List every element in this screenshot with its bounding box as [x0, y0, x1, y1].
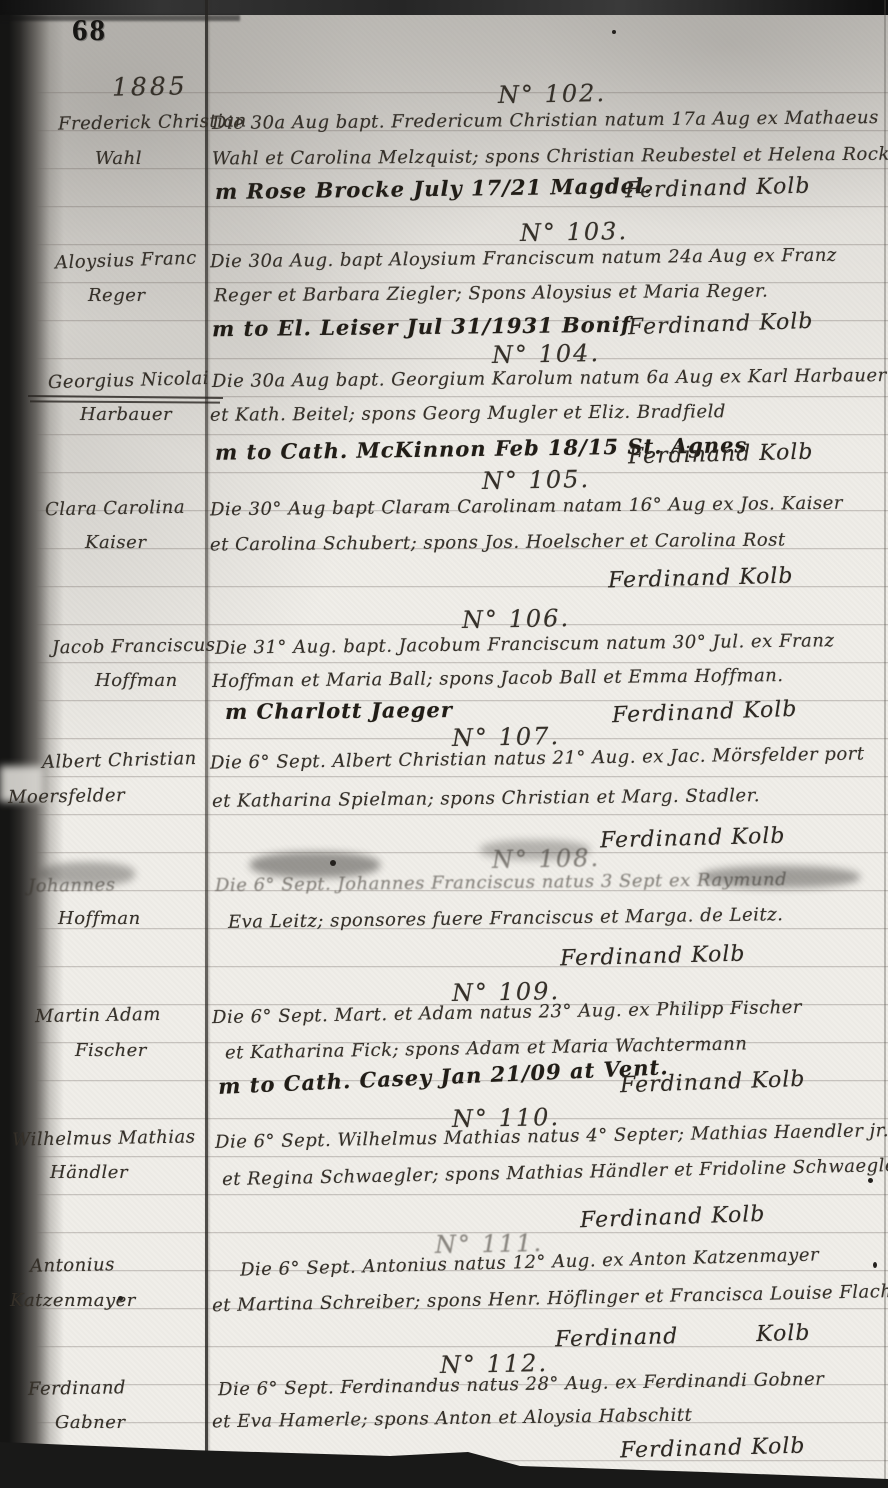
- ink-smudge: [480, 840, 590, 860]
- top-edge-shadow-smear: [0, 15, 240, 21]
- entry-text-line: et Kath. Beitel; spons Georg Mugler et E…: [210, 401, 726, 426]
- child-surname: Reger: [88, 285, 145, 306]
- child-name: Georgius Nicolai: [48, 368, 209, 393]
- priest-signature: Ferdinand Kolb: [560, 942, 746, 972]
- ink-smudge: [700, 866, 860, 888]
- child-surname: Moersfelder: [8, 785, 125, 808]
- marriage-annotation: m Charlott Jaeger: [225, 697, 453, 724]
- ink-smudge: [40, 862, 135, 886]
- year-label: 1885: [112, 71, 188, 101]
- entry-number: N° 102.: [498, 79, 607, 109]
- priest-signature: Ferdinand Kolb: [628, 440, 814, 470]
- speck: [330, 860, 336, 866]
- child-name: Martin Adam: [35, 1004, 161, 1027]
- child-surname: Harbauer: [80, 404, 172, 425]
- page-number: 68: [72, 12, 107, 48]
- child-name: Ferdinand: [28, 1377, 126, 1400]
- child-surname: Fischer: [75, 1040, 147, 1061]
- child-surname: Kaiser: [85, 532, 146, 553]
- speck: [612, 30, 616, 34]
- entry-number: N° 105.: [482, 465, 591, 495]
- column-divider: [205, 0, 208, 1464]
- page-edge-line: [884, 0, 886, 1488]
- priest-signature: Ferdinand Kolb: [620, 1434, 806, 1464]
- scanned-register-page: { "page": { "number": "68", "year": "188…: [0, 0, 888, 1488]
- child-surname: Wahl: [95, 148, 142, 169]
- child-surname: Gabner: [55, 1412, 125, 1433]
- child-name: Clara Carolina: [45, 497, 185, 520]
- entry-number: N° 104.: [492, 339, 601, 369]
- speck: [873, 1262, 877, 1268]
- entry-number: N° 106.: [462, 604, 571, 634]
- ink-smudge: [250, 852, 380, 878]
- speck: [118, 1296, 123, 1301]
- marriage-annotation: m to El. Leiser Jul 31/1931 Bonif: [212, 312, 631, 341]
- child-name: Antonius: [30, 1254, 115, 1276]
- child-surname: Hoffman: [58, 908, 141, 929]
- priest-signature: Ferdinand Kolb: [600, 824, 786, 854]
- priest-signature: Ferdinand Kolb: [625, 174, 811, 204]
- child-surname: Katzenmayer: [10, 1290, 136, 1311]
- top-edge-shadow: [0, 0, 888, 15]
- child-name: Wilhelmus Mathias: [12, 1126, 196, 1150]
- priest-signature: Ferdinand Kolb: [608, 564, 794, 594]
- child-surname: Hoffman: [95, 670, 178, 691]
- child-surname: Händler: [50, 1162, 128, 1183]
- child-name: Albert Christian: [42, 748, 197, 773]
- child-name: Jacob Franciscus: [52, 635, 216, 659]
- speck: [868, 1178, 873, 1183]
- entry-number: N° 103.: [520, 217, 629, 247]
